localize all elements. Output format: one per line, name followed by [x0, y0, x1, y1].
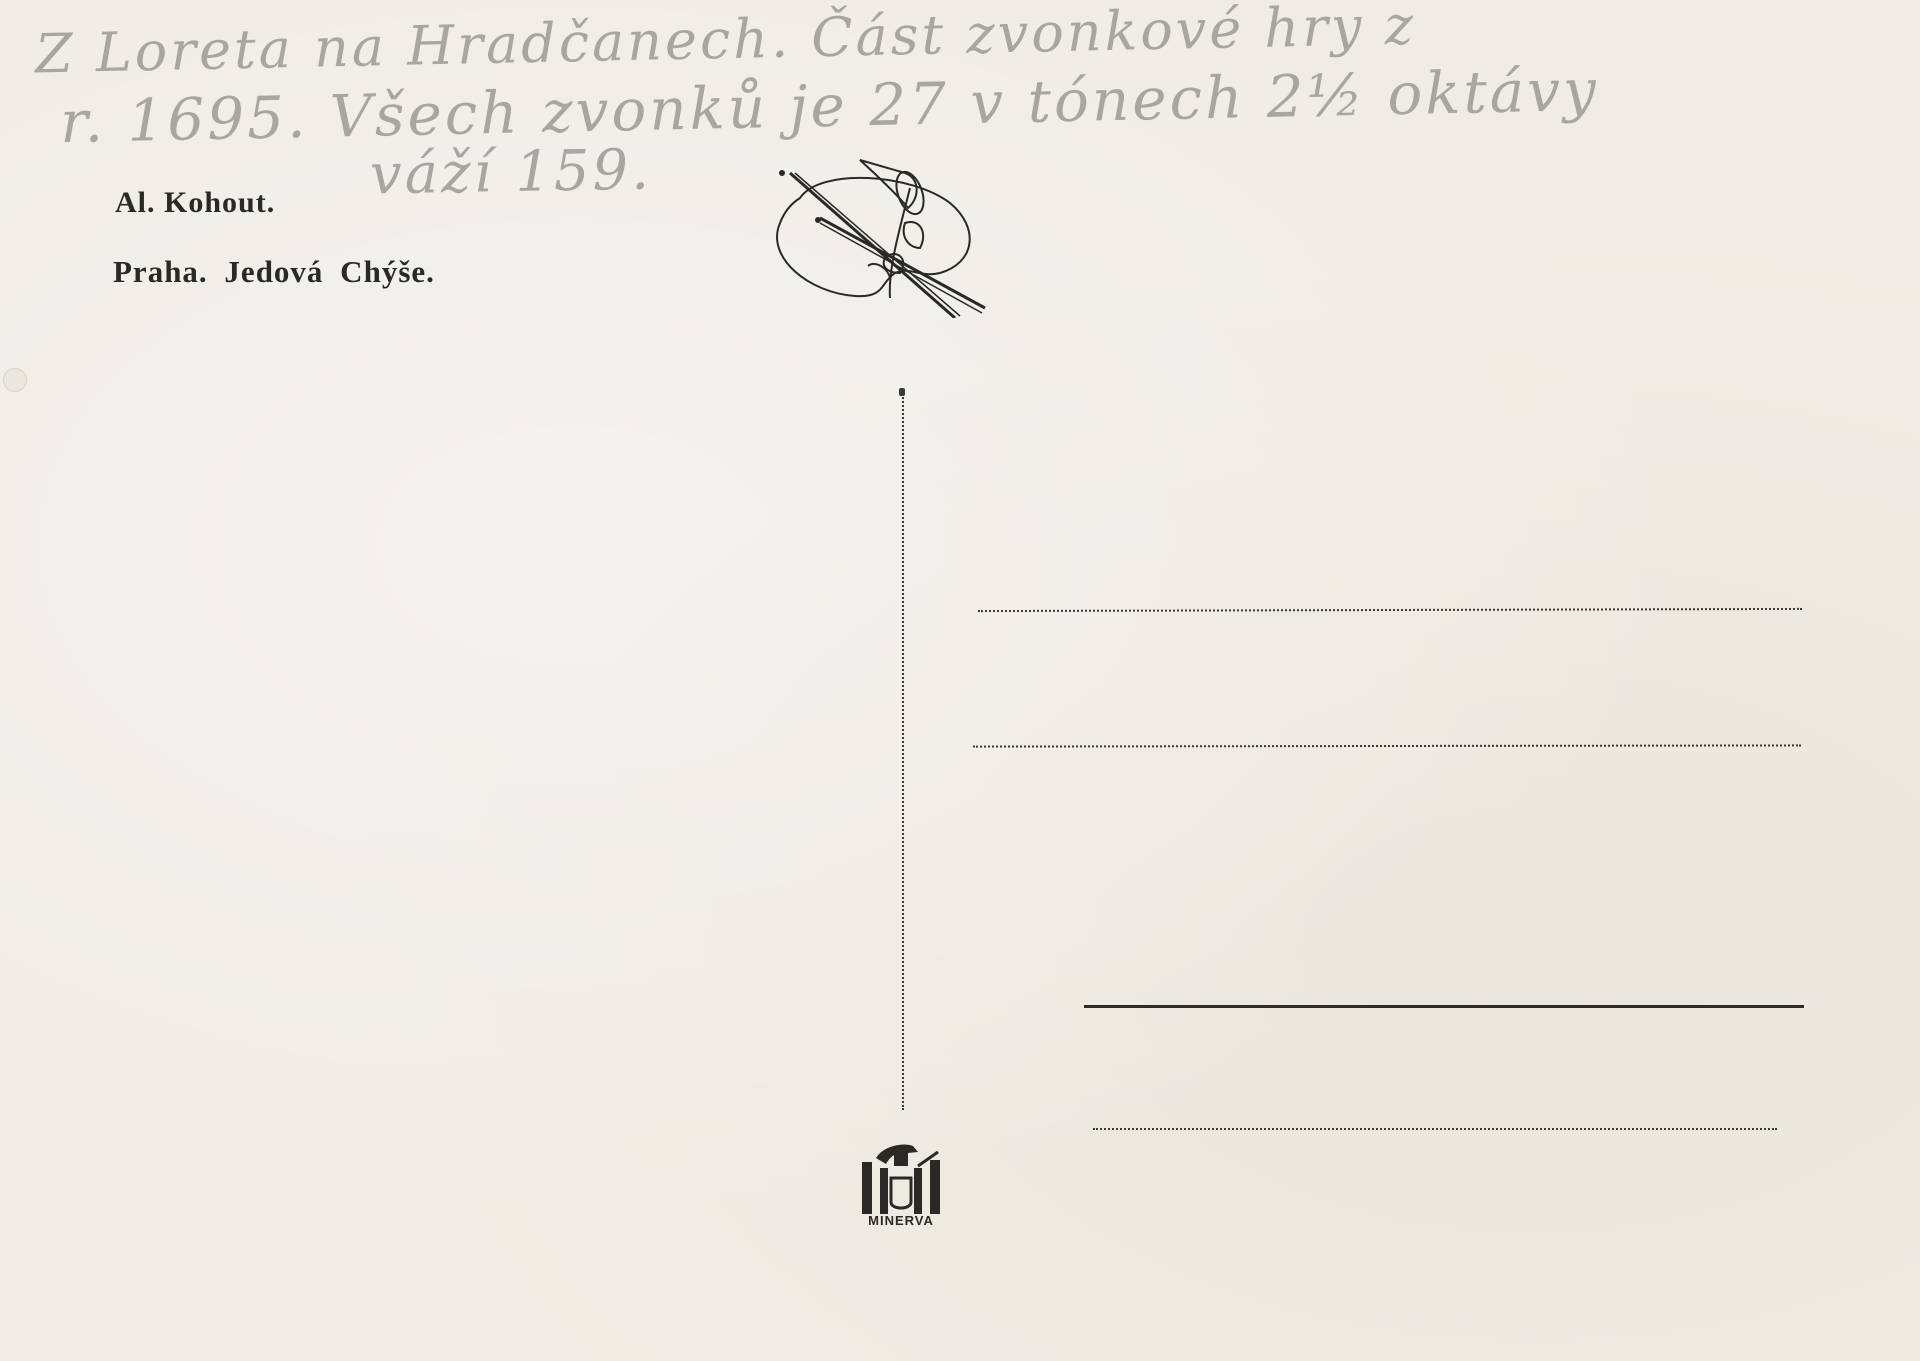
- address-line-1[interactable]: [978, 608, 1802, 612]
- author-credit: Al. Kohout.: [115, 186, 275, 220]
- address-line-2[interactable]: [973, 744, 1801, 747]
- postcard-back: Z Loreta na Hradčanech. Část zvonkové hr…: [0, 0, 1920, 1361]
- center-divider-line: [902, 390, 904, 1110]
- palette-brushes-flower-icon: [760, 148, 990, 318]
- address-line-4[interactable]: [1093, 1128, 1777, 1130]
- edge-punch-mark: [3, 368, 27, 392]
- address-line-3[interactable]: [1084, 1005, 1804, 1008]
- location-caption: Praha. Jedová Chýše.: [113, 254, 435, 290]
- publisher-label: MINERVA: [861, 1213, 941, 1228]
- handwritten-note-line-3: váží 159.: [369, 138, 652, 208]
